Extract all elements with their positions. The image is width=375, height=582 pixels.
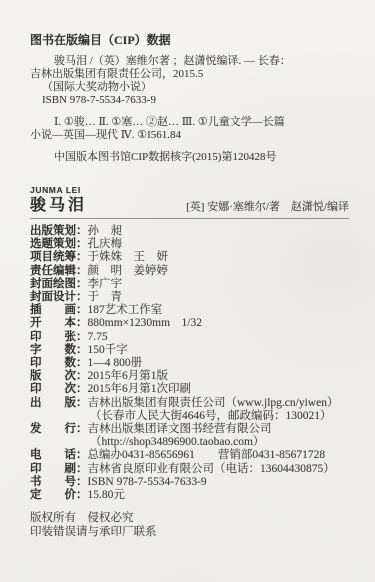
cip-header: 图书在版编目（CIP）数据 bbox=[30, 33, 349, 47]
colophon-row-value: 吉林出版集团有限责任公司（www.jlpg.cn/yiwen） bbox=[88, 397, 339, 409]
title-row: 骏马泪 [英] 安娜·塞维尔/著 赵潇悦/编译 bbox=[30, 197, 349, 214]
colophon-row-value: 于 青 bbox=[88, 291, 123, 303]
colophon-row: 封面设计：于 青 bbox=[30, 291, 349, 304]
colophon-row: 印 张：7.75 bbox=[30, 331, 349, 344]
colophon-row: 出 版：吉林出版集团有限责任公司（www.jlpg.cn/yiwen） bbox=[30, 397, 349, 410]
colophon-row-value: 孙 昶 bbox=[88, 225, 123, 237]
colophon-row-label: 项目统筹： bbox=[30, 251, 88, 263]
colophon-row-label: 插 画： bbox=[30, 304, 88, 316]
colophon-row-label: 印 张： bbox=[30, 331, 88, 343]
colophon-row-value: 2015年6月第1版 bbox=[88, 370, 169, 382]
colophon-row: 字 数：150千字 bbox=[30, 344, 349, 357]
colophon-row-label: 书 号： bbox=[30, 476, 88, 488]
colophon-row-value: 15.80元 bbox=[88, 489, 125, 501]
colophon-row: 印 刷：吉林省良原印业有限公司（电话：13604430875） bbox=[30, 463, 349, 476]
colophon-row-label: 发 行： bbox=[30, 423, 88, 435]
colophon-row: 印 数：1—4 800册 bbox=[30, 357, 349, 370]
colophon-row-value: 吉林省良原印业有限公司（电话：13604430875） bbox=[88, 463, 335, 475]
colophon-row-value: 吉林出版集团译文图书经营有限公司 bbox=[88, 423, 272, 435]
colophon-row: 选题策划：孔庆梅 bbox=[30, 238, 349, 251]
colophon-row-label: 字 数： bbox=[30, 344, 88, 356]
colophon-row: 电 话：总编办0431-85656961 营销部0431-85671728 bbox=[30, 449, 349, 462]
colophon-row-value: 2015年6月第1次印刷 bbox=[88, 383, 192, 395]
colophon-row-value: 187艺术工作室 bbox=[88, 304, 163, 316]
misprint-notice: 印装错误请与承印厂联系 bbox=[30, 525, 349, 539]
colophon-row-label: 版 次： bbox=[30, 370, 88, 382]
colophon-row: 书 号：ISBN 978-7-5534-7633-9 bbox=[30, 476, 349, 489]
colophon-row-label: 开 本： bbox=[30, 317, 88, 329]
colophon-row: 出版策划：孙 昶 bbox=[30, 225, 349, 238]
colophon-row-label: 电 话： bbox=[30, 449, 88, 461]
colophon-row-value: 孔庆梅 bbox=[88, 238, 123, 250]
cip-line: Ⅰ. ①骏… Ⅱ. ①塞… ②赵… Ⅲ. ①儿童文学—长篇 bbox=[30, 116, 349, 129]
cip-classification-block: Ⅰ. ①骏… Ⅱ. ①塞… ②赵… Ⅲ. ①儿童文学—长篇小说—英国—现代 Ⅳ.… bbox=[30, 116, 349, 142]
colophon-row: （http://shop34896900.taobao.com） bbox=[30, 436, 349, 449]
colophon-row-value: 880mm×1230mm 1/32 bbox=[88, 317, 202, 329]
colophon-row-label: 选题策划： bbox=[30, 238, 88, 250]
colophon-row-label: 印 次： bbox=[30, 383, 88, 395]
copyright-page: 图书在版编目（CIP）数据 骏马泪 /（英）塞维尔著 ；赵潇悦编译. — 长春：… bbox=[0, 0, 375, 582]
colophon-row-value: 150千字 bbox=[88, 344, 128, 356]
colophon-row-value: （长春市人民大街4646号，邮政编码：130021） bbox=[90, 410, 332, 422]
colophon-row-label: 印 刷： bbox=[30, 463, 88, 475]
colophon-row: 插 画：187艺术工作室 bbox=[30, 304, 349, 317]
book-header: JUNMA LEI 骏马泪 [英] 安娜·塞维尔/著 赵潇悦/编译 bbox=[30, 185, 349, 214]
colophon-rows: 出版策划：孙 昶选题策划：孔庆梅项目统筹：于姝姝 王 妍责任编辑：颜 明 姜婷婷… bbox=[30, 225, 349, 502]
colophon-row-value: ISBN 978-7-5534-7633-9 bbox=[88, 476, 207, 488]
copyright-notice: 版权所有 侵权必究 bbox=[30, 511, 349, 525]
colophon-row-label: 出版策划： bbox=[30, 225, 88, 237]
colophon-row-label: 封面绘图： bbox=[30, 278, 88, 290]
cip-line: 吉林出版集团有限责任公司，2015.5 bbox=[30, 68, 349, 81]
cip-line: ISBN 978-7-5534-7633-9 bbox=[30, 94, 349, 107]
colophon-row-value: （http://shop34896900.taobao.com） bbox=[90, 436, 264, 448]
colophon-row: 开 本：880mm×1230mm 1/32 bbox=[30, 317, 349, 330]
colophon-row: 项目统筹：于姝姝 王 妍 bbox=[30, 251, 349, 264]
title-pinyin: JUNMA LEI bbox=[30, 185, 349, 195]
colophon-row-label: 出 版： bbox=[30, 397, 88, 409]
colophon-row-value: 颜 明 姜婷婷 bbox=[88, 265, 169, 277]
divider-rule bbox=[30, 218, 349, 219]
colophon-row-label: 定 价： bbox=[30, 489, 88, 501]
colophon-row-value: 李广宇 bbox=[88, 278, 123, 290]
colophon-row: 版 次：2015年6月第1版 bbox=[30, 370, 349, 383]
cip-entry-block: 骏马泪 /（英）塞维尔著 ；赵潇悦编译. — 长春：吉林出版集团有限责任公司，2… bbox=[30, 55, 349, 107]
colophon-row-value: 7.75 bbox=[88, 331, 108, 343]
colophon-row-label: 责任编辑： bbox=[30, 265, 88, 277]
colophon-row-label: 封面设计： bbox=[30, 291, 88, 303]
book-title: 骏马泪 bbox=[30, 197, 87, 214]
cip-line: 小说—英国—现代 Ⅳ. ①I561.84 bbox=[30, 129, 349, 142]
footer-notices: 版权所有 侵权必究 印装错误请与承印厂联系 bbox=[30, 511, 349, 539]
colophon-row: 责任编辑：颜 明 姜婷婷 bbox=[30, 265, 349, 278]
cip-record-number: 中国版本图书馆CIP数据核字(2015)第120428号 bbox=[30, 151, 349, 164]
colophon-row: （长春市人民大街4646号，邮政编码：130021） bbox=[30, 410, 349, 423]
colophon-row: 印 次：2015年6月第1次印刷 bbox=[30, 383, 349, 396]
colophon-row: 定 价：15.80元 bbox=[30, 489, 349, 502]
cip-line: 骏马泪 /（英）塞维尔著 ；赵潇悦编译. — 长春： bbox=[30, 55, 349, 68]
cip-line: （国际大奖动物小说） bbox=[30, 81, 349, 94]
colophon-row-value: 总编办0431-85656961 营销部0431-85671728 bbox=[88, 449, 326, 461]
colophon-row-value: 于姝姝 王 妍 bbox=[88, 251, 169, 263]
colophon-row-label: 印 数： bbox=[30, 357, 88, 369]
colophon-row: 发 行：吉林出版集团译文图书经营有限公司 bbox=[30, 423, 349, 436]
colophon-row: 封面绘图：李广宇 bbox=[30, 278, 349, 291]
author-credit: [英] 安娜·塞维尔/著 赵潇悦/编译 bbox=[186, 201, 349, 214]
colophon-row-value: 1—4 800册 bbox=[88, 357, 143, 369]
